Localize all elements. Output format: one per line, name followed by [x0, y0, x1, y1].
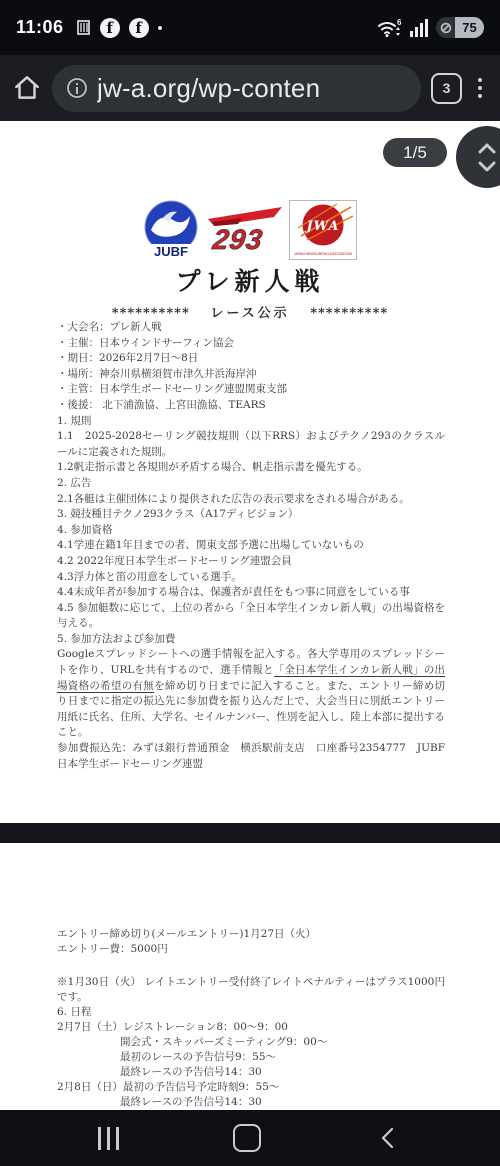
page-indicator: 1/5 — [383, 138, 447, 167]
svg-text:6: 6 — [397, 18, 402, 27]
tab-switcher-button[interactable]: 3 — [431, 73, 462, 104]
jwa-logo: JWA JAPAN WINDSURFING ASSOCIATION — [289, 200, 357, 260]
menu-kebab-icon[interactable] — [472, 72, 488, 104]
page-scroll-button[interactable] — [456, 126, 500, 188]
doc-line: 4.1学連在籍1年目までの者、関東支部予選に出場していないもの — [57, 538, 445, 554]
doc-line: ・主催：日本ウインドサーフィン協会 — [57, 336, 445, 352]
document-subtitle: ********** レース公示 ********** — [0, 302, 500, 321]
document-title: プレ新人戦 — [0, 262, 500, 298]
doc-line: ・主管：日本学生ボードセーリング連盟関東支部 — [57, 382, 445, 398]
system-navbar — [0, 1110, 500, 1166]
home-icon[interactable] — [12, 73, 42, 103]
chevron-down-icon — [477, 161, 497, 172]
address-bar[interactable]: jw-a.org/wp-conten — [52, 65, 421, 112]
document-page-2: エントリー締め切り(メールエントリー)1月27日（火） エントリー費：5000円… — [57, 927, 445, 1110]
entry-paragraph: Googleスプレッドシートへの選手情報を記入する。各大学専用のスプレッドシート… — [57, 647, 445, 741]
notification-icon — [76, 20, 91, 35]
doc-line: 2.1各艇は主催団体により提供された広告の表示要求をされる場合がある。 — [57, 492, 445, 508]
battery-percent: 75 — [455, 17, 484, 38]
doc-line: ※1月30日（火） レイトエントリー受付終了レイトペナルティーはプラス1000円… — [57, 975, 445, 1005]
chevron-up-icon — [477, 143, 497, 154]
tab-count: 3 — [443, 80, 451, 96]
document-page-1: ・大会名：プレ新人戦 ・主催：日本ウインドサーフィン協会 ・期日：2026年2月… — [57, 320, 445, 772]
doc-line: 2. 広告 — [57, 476, 445, 492]
t293-logo: 293 — [202, 205, 286, 255]
doc-line: ・期日：2026年2月7日～8日 — [57, 351, 445, 367]
info-icon[interactable] — [66, 77, 88, 99]
pdf-viewer[interactable]: 1/5 JUBF 293 — [0, 121, 500, 1110]
doc-line: 4.5 参加艇数に応じて、上位の者から「全日本学生インカレ新人戦」の出場資格を与… — [57, 601, 445, 632]
svg-text:293: 293 — [210, 224, 265, 255]
doc-line: ・後援： 北下浦漁協、上宮田漁協、TEARS — [57, 398, 445, 414]
doc-line: 1.2帆走指示書と各規則が矛盾する場合、帆走指示書を優先する。 — [57, 460, 445, 476]
battery-indicator: 75 — [436, 17, 484, 38]
back-button[interactable] — [376, 1125, 402, 1151]
doc-line: ・場所：神奈川県横須賀市津久井浜海岸沖 — [57, 367, 445, 383]
facebook-icon: f — [129, 18, 149, 38]
stars-left: ********** — [112, 306, 190, 321]
subtitle-label: レース公示 — [210, 306, 289, 321]
svg-text:JUBF: JUBF — [154, 244, 188, 259]
back-chevron-icon — [376, 1125, 402, 1151]
svg-text:JAPAN WINDSURFING ASSOCIATION: JAPAN WINDSURFING ASSOCIATION — [294, 252, 352, 256]
url-text[interactable]: jw-a.org/wp-conten — [97, 73, 320, 104]
logo-row: JUBF 293 JWA JAPAN WINDSURFING ASSOCIATI… — [0, 200, 500, 260]
doc-line: 2月7日（土）レジストレーション8：00～9：00 — [57, 1020, 445, 1035]
doc-line: ・大会名：プレ新人戦 — [57, 320, 445, 336]
doc-line: 5. 参加方法および参加費 — [57, 632, 445, 648]
status-bar: 11:06 f f 6 — [0, 0, 500, 55]
doc-line: 4.2 2022年度日本学生ボードセーリング連盟会員 — [57, 554, 445, 570]
doc-line: 4.4未成年者が参加する場合は、保護者が責任をもつ事に同意をしている事 — [57, 585, 445, 601]
facebook-icon: f — [100, 18, 120, 38]
svg-text:JWA: JWA — [303, 219, 339, 234]
doc-line: エントリー締め切り(メールエントリー)1月27日（火） — [57, 927, 445, 942]
recents-button[interactable] — [98, 1127, 119, 1150]
doc-line: 3. 競技種目テクノ293クラス（A17ディビジョン） — [57, 507, 445, 523]
bank-transfer-line: 参加費振込先：みずほ銀行普通預金 横浜駅前支店 口座番号2354777 JUBF… — [57, 741, 445, 772]
wifi-icon: 6 — [377, 17, 403, 39]
stars-right: ********** — [310, 306, 388, 321]
doc-line: 開会式・スキッパーズミーティング9：00～ — [57, 1035, 445, 1050]
notification-dot — [158, 26, 162, 30]
doc-line: 4.3浮力体と笛の用意をしている選手。 — [57, 570, 445, 586]
browser-toolbar: jw-a.org/wp-conten 3 — [0, 55, 500, 121]
page-separator — [0, 823, 500, 843]
home-square-icon — [233, 1124, 261, 1152]
doc-line: 最初のレースの予告信号9：55～ — [57, 1050, 445, 1065]
jubf-logo: JUBF — [143, 200, 199, 260]
power-saving-icon — [436, 17, 455, 38]
doc-line: エントリー費：5000円 — [57, 942, 445, 957]
doc-line: 最終レースの予告信号14：30 — [57, 1095, 445, 1110]
clock-time: 11:06 — [16, 17, 64, 38]
doc-line: 1. 規則 — [57, 414, 445, 430]
doc-line: 4. 参加資格 — [57, 523, 445, 539]
phone-screen: 11:06 f f 6 — [0, 0, 500, 1166]
home-button[interactable] — [233, 1124, 261, 1152]
doc-line: 6. 日程 — [57, 1005, 445, 1020]
doc-line: 最終レースの予告信号14：30 — [57, 1065, 445, 1080]
signal-strength-icon — [410, 19, 429, 37]
doc-line: 2月8日（日）最初の予告信号予定時刻9：55～ — [57, 1080, 445, 1095]
doc-line: 1.1 2025-2028セーリング競技規則（以下RRS）およびテクノ293のク… — [57, 429, 445, 460]
